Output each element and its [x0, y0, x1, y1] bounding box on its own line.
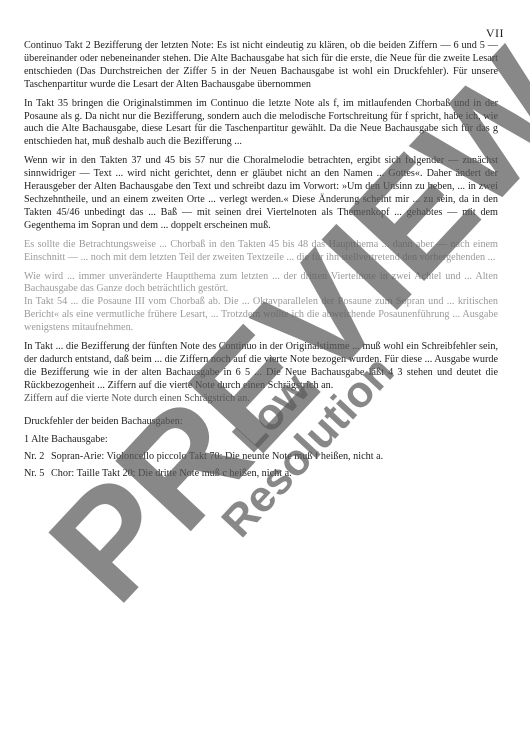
errata-text: Chor: Taille Takt 20: Die dritte Note mu… [51, 468, 498, 481]
errata-heading: Druckfehler der beiden Bachausgaben: [24, 416, 498, 429]
paragraph-betrachtungsweise: Es sollte die Betrachtungsweise ... Chor… [24, 239, 498, 265]
paragraph-bezifferung: In Takt ... die Bezifferung der fünften … [24, 341, 498, 393]
paragraph-takten-37-45: Wenn wir in den Takten 37 und 45 bis 57 … [24, 155, 498, 232]
paragraph-posaune-iii: In Takt 54 ... die Posaune III vom Chorb… [24, 296, 498, 335]
paragraph-hauptthema: Wie wird ... immer unveränderte Hauptthe… [24, 271, 498, 297]
errata-text: Sopran-Arie: Violoncello piccolo Takt 70… [51, 451, 498, 464]
page-number: VII [486, 26, 504, 41]
paragraph-continuo-takt-2: Continuo Takt 2 Bezifferung der letzten … [24, 40, 498, 92]
errata-item: Nr. 5 Chor: Taille Takt 20: Die dritte N… [24, 468, 498, 481]
paragraph-takt-35: In Takt 35 bringen die Originalstimmen i… [24, 98, 498, 150]
errata-item: Nr. 2 Sopran-Arie: Violoncello piccolo T… [24, 451, 498, 464]
errata-subheading: 1 Alte Bachausgabe: [24, 434, 498, 447]
document-body: Continuo Takt 2 Bezifferung der letzten … [24, 40, 498, 485]
duplicate-line: Ziffern auf die vierte Note durch einen … [24, 393, 498, 406]
errata-number: Nr. 5 [24, 468, 51, 481]
errata-number: Nr. 2 [24, 451, 51, 464]
